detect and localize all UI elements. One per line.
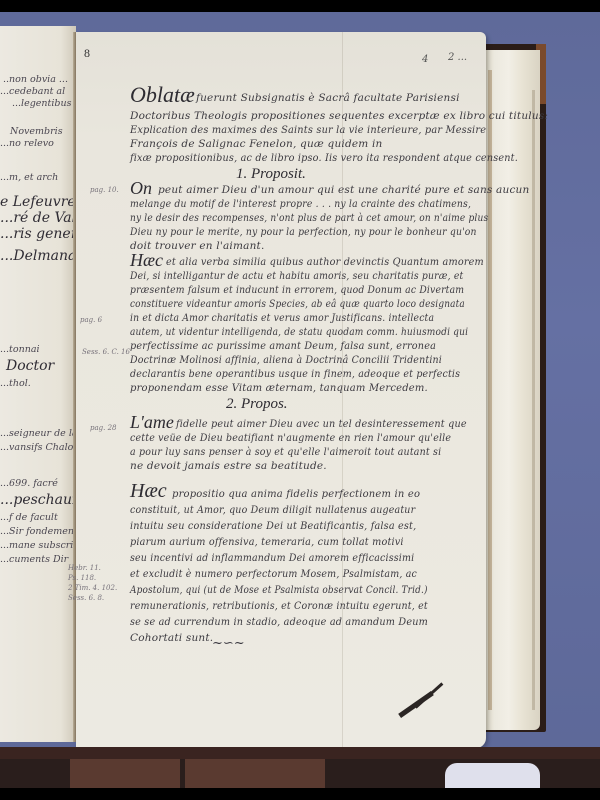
- censure-line: præsentem falsum et inducunt in errorem,…: [130, 284, 464, 296]
- censure-line: perfectissime ac purissime amant Deum, f…: [130, 340, 436, 352]
- censure-line: Doctrinæ Molinosi affinia, aliena à Doct…: [130, 354, 442, 366]
- manuscript-page: 8 4 2 ... Oblatæ fuerunt Subsignatis è S…: [76, 32, 486, 748]
- censure-line: Dei, si intelligantur de actu et habitu …: [130, 270, 463, 282]
- censure-line: piarum aurium offensiva, temeraria, cum …: [130, 536, 404, 548]
- floor: [0, 759, 600, 788]
- intro-line: fuerunt Subsignatis è Sacrâ facultate Pa…: [196, 92, 460, 104]
- margin-reference: pag. 6: [80, 316, 102, 324]
- left-line: ...699. facré: [0, 478, 58, 489]
- left-line: ...cedebant al: [0, 86, 65, 97]
- censure-line: seu incentivi ad inflammandum Dei amorem…: [130, 552, 414, 564]
- margin-reference: pag. 10.: [90, 186, 119, 194]
- censure-line: Apostolum, qui (ut de Mose et Psalmista …: [130, 584, 428, 596]
- proposition-line: ne devoit jamais estre sa beatitude.: [130, 460, 327, 472]
- left-line: ...ré de Val: [0, 210, 76, 226]
- left-line: ...mane subscript: [0, 540, 83, 551]
- page-edge-stain: [488, 70, 492, 710]
- margin-reference: pag. 28: [90, 424, 117, 432]
- intro-line: Doctoribus Theologis propositiones seque…: [130, 110, 548, 122]
- intro-line: François de Salignac Fenelon, quæ quidem…: [130, 138, 383, 150]
- margin-reference: Ps. 118.: [68, 574, 96, 582]
- censure-line: declarantis bene operantibus usque in fi…: [130, 368, 460, 380]
- proposition-line: fidelle peut aimer Dieu avec un tel desi…: [176, 418, 467, 430]
- table-edge: [0, 747, 600, 759]
- censure-line: propositio qua anima fidelis perfectione…: [172, 488, 420, 500]
- margin-reference: Sess. 6. 8.: [68, 594, 104, 602]
- left-line: ...tonnai: [0, 344, 40, 355]
- censure-line: in et dicta Amor charitatis et verus amo…: [130, 312, 434, 324]
- photograph: ..non obvia ... ...cedebant al ...legent…: [0, 12, 600, 788]
- left-line: ...vansifs Chalon: [0, 442, 79, 453]
- proposition-line: cette veüe de Dieu beatifiant n'augmente…: [130, 432, 451, 444]
- cloth: [445, 763, 540, 788]
- left-page: ..non obvia ... ...cedebant al ...legent…: [0, 26, 76, 742]
- margin-reference: Hebr. 11.: [68, 564, 101, 572]
- left-line: ...f de facult: [0, 512, 58, 523]
- censure-line: constituit, ut Amor, quo Deum diligit nu…: [130, 504, 415, 516]
- page-edge-stain: [532, 90, 535, 710]
- censure-line: autem, ut videntur intelligenda, de stat…: [130, 326, 468, 338]
- censure-line: intuitu seu consideratione Dei ut Beatif…: [130, 520, 416, 532]
- corner-mark: 2 ...: [448, 52, 467, 63]
- proposition-heading: 2. Propos.: [226, 396, 288, 413]
- left-line: ...Delmanar: [0, 248, 83, 264]
- left-line: ...seigneur de la: [0, 428, 78, 439]
- proposition-initial: L'ame: [130, 412, 174, 433]
- left-line: Novembris: [10, 126, 63, 137]
- censure-initial: Hæc: [130, 480, 167, 503]
- floor-tile: [185, 759, 325, 788]
- proposition-line: ny le desir des recompenses, n'ont plus …: [130, 212, 488, 224]
- left-line: ...m, et arch: [0, 172, 58, 183]
- margin-reference: 2 Tim. 4. 102.: [68, 584, 117, 592]
- intro-line: fixæ propositionibus, ac de libro ipso. …: [130, 152, 518, 164]
- proposition-line: a pour luy sans penser à soy et qu'elle …: [130, 446, 441, 458]
- censure-line: proponendam esse Vitam æternam, tanquam …: [130, 382, 428, 394]
- censure-line: et alia verba similia quibus author devi…: [166, 256, 484, 268]
- signature-flourish: ~∽~: [212, 636, 245, 651]
- proposition-heading: 1. Proposit.: [236, 166, 306, 183]
- left-line: ...no relevo: [0, 138, 54, 149]
- left-line: e Lefeuvre: [0, 194, 76, 210]
- proposition-line: Dieu ny pour le merite, ny pour la perfe…: [130, 226, 477, 238]
- censure-line: et excludit è numero perfectorum Mosem, …: [130, 568, 417, 580]
- censure-line: Cohortati sunt.: [130, 632, 213, 644]
- proposition-line: peut aimer Dieu d'un amour qui est une c…: [158, 184, 529, 196]
- page-number: 8: [84, 46, 90, 61]
- left-line: Doctor: [6, 358, 54, 374]
- proposition-line: melange du motif de l'interest propre . …: [130, 198, 471, 210]
- proposition-initial: On: [130, 178, 152, 199]
- left-line: ..non obvia ...: [3, 74, 68, 85]
- left-line: ...thol.: [0, 378, 31, 389]
- floor-tile: [70, 759, 180, 788]
- censure-line: se se ad currendum in stadio, adeoque ad…: [130, 616, 428, 628]
- left-line: ...cuments Dir: [0, 554, 68, 565]
- left-line: ...Sir fondement: [0, 526, 78, 537]
- censure-line: remunerationis, retributionis, et Coronæ…: [130, 600, 428, 612]
- intro-initial: Oblatæ: [130, 82, 195, 108]
- corner-mark: 4: [422, 54, 428, 65]
- censure-initial: Hæc: [130, 250, 163, 271]
- intro-line: Explication des maximes des Saints sur l…: [130, 124, 486, 136]
- censure-line: constituere videantur amoris Species, ab…: [130, 298, 465, 310]
- ink-blot: [415, 682, 444, 708]
- left-line: ...peschaux: [0, 492, 80, 508]
- margin-reference: Sess. 6. C. 16: [82, 348, 130, 356]
